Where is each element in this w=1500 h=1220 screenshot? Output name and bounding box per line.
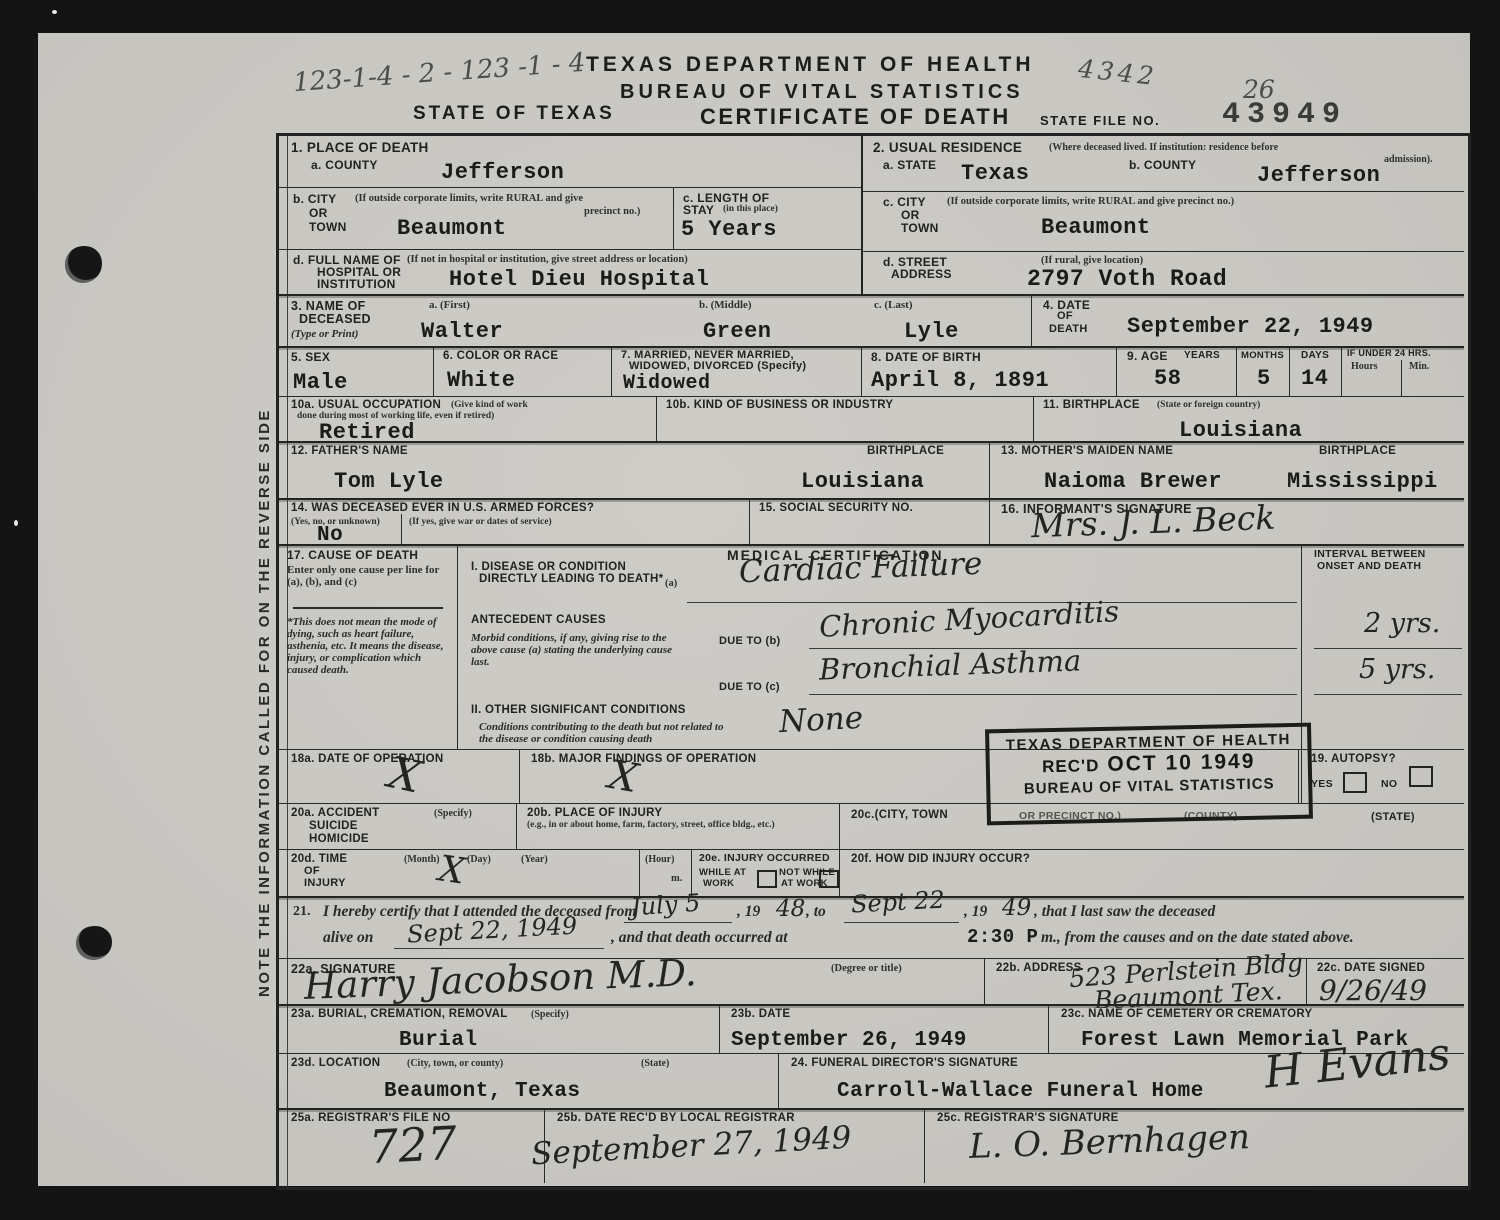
field-23a-label: 23a. BURIAL, CREMATION, REMOVAL (291, 1008, 508, 1020)
field-20d-label3: INJURY (304, 877, 346, 889)
field-17-note1: Enter only one cause per line for (a), (… (287, 564, 451, 588)
field-1d-note: (If not in hospital or institution, give… (407, 254, 688, 265)
registrar-signature: L. O. Bernhagen (968, 1117, 1250, 1167)
header-certificate-title: CERTIFICATE OF DEATH (700, 104, 1011, 130)
field-1a-value: Jefferson (441, 160, 564, 185)
registrar-date-received-value: September 27, 1949 (530, 1120, 852, 1173)
field-1b-label-town: TOWN (309, 220, 347, 234)
rule (861, 136, 863, 294)
field-2c-label-or: OR (901, 208, 920, 222)
field-3-first-label: a. (First) (429, 299, 470, 311)
med-antecedent-label: ANTECEDENT CAUSES (471, 614, 606, 626)
field-21-time-value: 2:30 P (967, 926, 1038, 948)
interval-label-1: INTERVAL BETWEEN (1314, 548, 1426, 560)
field-2a-value: Texas (961, 161, 1030, 186)
rule (839, 849, 840, 896)
rule (861, 251, 1464, 252)
field-13-value: Naioma Brewer (1044, 469, 1222, 494)
injury-while-at-work-checkbox[interactable] (757, 870, 777, 888)
med-ii-label: II. OTHER SIGNIFICANT CONDITIONS (471, 704, 686, 716)
field-21-part4: m., from the causes and on the date stat… (1041, 929, 1354, 947)
certificate-form: 1. PLACE OF DEATH a. COUNTY Jefferson b.… (276, 133, 1471, 1190)
field-9-years-value: 58 (1154, 366, 1181, 391)
field-20d-label: 20d. TIME (291, 853, 347, 865)
film-edge-right (1468, 0, 1500, 1220)
field-21-alive-label: alive on (323, 929, 373, 947)
field-1d-label3: INSTITUTION (317, 277, 396, 291)
field-2a-label: a. STATE (883, 158, 936, 172)
field-23d-label: 23d. LOCATION (291, 1057, 380, 1069)
field-20e-label: 20e. INJURY OCCURRED (699, 852, 830, 864)
rule (279, 498, 1464, 500)
field-1d-value: Hotel Dieu Hospital (449, 267, 709, 292)
rule (984, 958, 985, 1004)
field-1b-label-or: OR (309, 206, 328, 220)
field-22a-degree-note: (Degree or title) (831, 963, 902, 974)
rule (749, 498, 750, 544)
field-25b-label: 25b. DATE REC'D BY LOCAL REGISTRAR (557, 1112, 795, 1124)
rule (639, 849, 640, 896)
rule (719, 1004, 720, 1053)
stamp-recd: REC'D (1042, 756, 1100, 776)
field-23b-value: September 26, 1949 (731, 1029, 967, 1052)
med-i-label: I. DISEASE OR CONDITION (471, 561, 626, 573)
field-3-note: (Type or Print) (291, 328, 358, 340)
field-1b-value: Beaumont (397, 216, 507, 241)
field-20e-while-label2: WORK (703, 878, 734, 889)
field-9-days-value: 14 (1301, 366, 1328, 391)
field-11-note: (State or foreign country) (1157, 400, 1260, 410)
med-a-handwritten-value: Cardiac Failure (738, 546, 982, 590)
rule (279, 187, 861, 188)
field-13-birthplace-value: Mississippi (1287, 469, 1438, 494)
field-21-number: 21. (293, 904, 311, 920)
header-state-file-no-label: STATE FILE NO. (1040, 113, 1160, 128)
field-14-note2: (If yes, give war or dates of service) (409, 517, 579, 527)
field-20d-day-label: (Day) (467, 854, 491, 865)
rule (1314, 648, 1462, 649)
film-edge-bottom (0, 1186, 1500, 1220)
field-3-last-value: Lyle (904, 319, 959, 344)
film-edge-top (0, 0, 1500, 33)
field-2d-value: 2797 Voth Road (1027, 266, 1227, 292)
field-20b-note: (e.g., in or about home, farm, factory, … (527, 820, 817, 830)
rule (1048, 1004, 1049, 1053)
rule (433, 346, 434, 396)
field-19-yes-label: YES (1311, 778, 1333, 790)
field-21-part3: , and that death occurred at (611, 929, 788, 947)
rule (861, 191, 1464, 192)
film-edge-left (0, 0, 38, 1220)
med-morbid-note: Morbid conditions, if any, giving rise t… (471, 632, 676, 668)
received-stamp: TEXAS DEPARTMENT OF HEALTH REC'DOCT 10 1… (985, 723, 1313, 826)
field-20a-label2: SUICIDE (309, 820, 358, 832)
rule (279, 396, 1464, 397)
rule (1031, 294, 1032, 346)
field-20d-x-mark: X (436, 848, 467, 892)
rule (809, 694, 1297, 695)
header-state-of-texas: STATE OF TEXAS (413, 103, 615, 125)
field-9-months-value: 5 (1257, 366, 1271, 391)
field-3-middle-label: b. (Middle) (699, 299, 752, 311)
field-13-birthplace-label: BIRTHPLACE (1319, 445, 1396, 457)
film-speck (14, 520, 18, 526)
stamp-date: OCT 10 1949 (1107, 750, 1256, 776)
field-4-label3: DEATH (1049, 323, 1088, 335)
field-21-from-date: July 5 (630, 889, 701, 922)
rule (844, 922, 959, 923)
rule (778, 1053, 779, 1108)
rule (611, 346, 612, 396)
field-20c-label: 20c.(CITY, TOWN (851, 809, 948, 821)
rule (1236, 346, 1237, 396)
field-22c-label: 22c. DATE SIGNED (1317, 962, 1425, 974)
field-2c-note: (If outside corporate limits, write RURA… (947, 196, 1234, 207)
field-2d-note: (If rural, give location) (1041, 255, 1143, 266)
med-b-tag: DUE TO (b) (719, 635, 780, 647)
field-7-label2: WIDOWED, DIVORCED (Specify) (629, 360, 806, 372)
field-3-middle-value: Green (703, 319, 772, 344)
pencil-filing-code: 123-1-4 - 2 - 123 -1 - 4 (292, 48, 586, 98)
field-23d-state-note: (State) (641, 1058, 669, 1069)
rule (1116, 346, 1117, 396)
rule (394, 948, 604, 949)
field-21-19a: , 19 (737, 903, 760, 921)
field-21-from-year: 48 (776, 896, 805, 922)
field-15-label: 15. SOCIAL SECURITY NO. (759, 502, 913, 514)
field-20f-label: 20f. HOW DID INJURY OCCUR? (851, 853, 1030, 865)
field-9-label: 9. AGE (1127, 349, 1168, 363)
field-20a-label: 20a. ACCIDENT (291, 807, 379, 819)
med-ii-handwritten-value: None (778, 700, 864, 740)
field-18b-label: 18b. MAJOR FINDINGS OF OPERATION (531, 753, 756, 765)
field-2-note2: admission). (1384, 154, 1433, 165)
field-23b-label: 23b. DATE (731, 1008, 790, 1020)
field-4-value: September 22, 1949 (1127, 314, 1374, 339)
field-1c-value: 5 Years (681, 217, 777, 242)
rule (1401, 360, 1402, 396)
rule (279, 294, 1464, 296)
rule (673, 187, 674, 249)
header-bureau: BUREAU OF VITAL STATISTICS (620, 81, 1024, 104)
rule (924, 1108, 925, 1183)
rule (624, 922, 732, 923)
date-signed-value: 9/26/49 (1319, 974, 1427, 1007)
field-20d-hour-label: (Hour) (645, 854, 674, 865)
field-2d-label2: ADDRESS (891, 267, 952, 281)
rule (401, 514, 402, 544)
med-i-label2: DIRECTLY LEADING TO DEATH* (479, 573, 663, 585)
field-3-first-value: Walter (421, 319, 503, 344)
punch-hole-bottom (76, 926, 112, 960)
autopsy-yes-checkbox[interactable] (1343, 772, 1367, 793)
field-3-last-label: c. (Last) (874, 299, 913, 311)
field-8-label: 8. DATE OF BIRTH (871, 350, 981, 364)
field-1-title: 1. PLACE OF DEATH (291, 140, 429, 155)
field-19-no-label: NO (1381, 778, 1397, 790)
field-10a-label: 10a. USUAL OCCUPATION (291, 399, 441, 411)
rule (989, 441, 990, 498)
rule (1341, 346, 1342, 396)
field-20d-month-label: (Month) (404, 854, 440, 865)
rule (1306, 958, 1307, 1004)
punch-hole-top (65, 246, 102, 283)
field-1b-label: b. CITY (293, 192, 336, 206)
field-20b-label: 20b. PLACE OF INJURY (527, 807, 662, 819)
reverse-side-note: NOTE THE INFORMATION CALLED FOR ON THE R… (256, 329, 273, 997)
rule (279, 441, 1464, 443)
rule (293, 607, 443, 609)
rule (516, 803, 517, 849)
field-23a-note: (Specify) (531, 1009, 569, 1020)
med-c-interval-value: 5 yrs. (1359, 654, 1435, 685)
field-23a-value: Burial (399, 1029, 478, 1052)
field-20c-state-label: (STATE) (1371, 811, 1415, 823)
field-19-label: 19. AUTOPSY? (1311, 753, 1396, 765)
field-11-value: Louisiana (1179, 418, 1302, 443)
field-1a-label: a. COUNTY (311, 158, 378, 172)
med-c-handwritten-value: Bronchial Asthma (818, 643, 1081, 686)
field-20d-label2: OF (304, 865, 320, 877)
field-17-label: 17. CAUSE OF DEATH (287, 548, 418, 562)
field-7-value: Widowed (623, 372, 711, 395)
field-14-label: 14. WAS DECEASED EVER IN U.S. ARMED FORC… (291, 502, 594, 514)
rule (861, 346, 862, 396)
field-24-label: 24. FUNERAL DIRECTOR'S SIGNATURE (791, 1057, 1018, 1069)
field-12-value: Tom Lyle (334, 469, 444, 494)
field-2b-label: b. COUNTY (1129, 158, 1196, 172)
field-10a-note: (Give kind of work (451, 400, 528, 410)
field-20d-m-label: m. (671, 873, 682, 884)
rule (279, 1004, 1464, 1006)
field-1b-note: (If outside corporate limits, write RURA… (355, 193, 583, 204)
field-3-title: 3. NAME OF (291, 299, 366, 313)
field-6-value: White (447, 368, 516, 393)
field-20a-label3: HOMICIDE (309, 833, 369, 845)
field-9-months-label: MONTHS (1241, 350, 1284, 361)
field-8-value: April 8, 1891 (871, 368, 1049, 393)
field-2-title: 2. USUAL RESIDENCE (873, 140, 1022, 155)
rule (839, 803, 840, 849)
field-11-label: 11. BIRTHPLACE (1043, 399, 1140, 411)
field-9-years-label: YEARS (1184, 350, 1220, 361)
registrar-file-no-value: 727 (368, 1116, 459, 1175)
injury-not-while-at-work-checkbox[interactable] (819, 870, 839, 888)
field-21-to-date: Sept 22 (850, 886, 945, 919)
rule (279, 249, 861, 250)
rule (1289, 346, 1290, 396)
physician-signature: Harry Jacobson M.D. (303, 951, 697, 1008)
field-10b-label: 10b. KIND OF BUSINESS OR INDUSTRY (666, 399, 893, 411)
med-c-tag: DUE TO (c) (719, 681, 780, 693)
field-20a-note: (Specify) (434, 808, 472, 819)
med-ii-note: Conditions contributing to the death but… (479, 721, 729, 745)
field-21-to-word: , to (806, 903, 826, 921)
state-file-number: 43949 (1222, 98, 1347, 132)
field-20d-year-label: (Year) (521, 854, 548, 865)
field-9-days-label: DAYS (1301, 350, 1329, 361)
field-20e-while-label: WHILE AT (699, 867, 746, 878)
field-1c-note: (in this place) (723, 204, 778, 214)
autopsy-no-checkbox[interactable] (1409, 766, 1433, 787)
field-23d-value: Beaumont, Texas (384, 1080, 581, 1103)
field-2b-value: Jefferson (1257, 163, 1380, 188)
field-23c-label: 23c. NAME OF CEMETERY OR CREMATORY (1061, 1008, 1313, 1020)
field-16-informant-signature: Mrs. J. L. Beck (1030, 498, 1275, 546)
rule (279, 1108, 1464, 1110)
field-17-note2: *This does not mean the mode of dying, s… (287, 616, 453, 676)
rule (1314, 694, 1462, 695)
rule (989, 498, 990, 544)
pencil-number-4342: 4342 (1077, 54, 1159, 91)
rule (656, 396, 657, 441)
rule (457, 544, 458, 749)
field-2-note: (Where deceased lived. If institution: r… (1049, 142, 1278, 153)
med-a-tag: (a) (665, 578, 677, 589)
field-21-part2: , that I last saw the deceased (1034, 903, 1215, 921)
field-6-label: 6. COLOR OR RACE (443, 350, 558, 362)
field-5-label: 5. SEX (291, 350, 330, 364)
field-5-value: Male (293, 370, 348, 395)
field-13-label: 13. MOTHER'S MAIDEN NAME (1001, 445, 1173, 457)
rule (1033, 396, 1034, 441)
header-department: TEXAS DEPARTMENT OF HEALTH (586, 53, 1035, 77)
field-1c-label2: STAY (683, 203, 714, 217)
interval-label-2: ONSET AND DEATH (1317, 560, 1421, 572)
field-2c-label-town: TOWN (901, 221, 939, 235)
field-9-min-label: Min. (1409, 361, 1429, 372)
field-12-birthplace-label: BIRTHPLACE (867, 445, 944, 457)
field-2c-value: Beaumont (1041, 215, 1151, 240)
med-b-interval-value: 2 yrs. (1364, 608, 1440, 639)
scanned-death-certificate: 123-1-4 - 2 - 123 -1 - 4 TEXAS DEPARTMEN… (0, 0, 1500, 1220)
film-speck (52, 10, 57, 14)
rule (279, 346, 1464, 348)
field-9-hours-label: Hours (1351, 361, 1378, 372)
field-3-title2: DECEASED (299, 312, 371, 326)
field-23d-note: (City, town, or county) (407, 1058, 503, 1069)
field-2c-label: c. CITY (883, 195, 926, 209)
rule (519, 749, 520, 803)
field-4-label2: OF (1057, 310, 1073, 322)
field-21-to-year: 49 (1002, 895, 1031, 921)
field-9-under24-label: IF UNDER 24 HRS. (1347, 348, 1431, 358)
field-12-birthplace-value: Louisiana (801, 469, 924, 494)
field-24-value: Carroll-Wallace Funeral Home (837, 1080, 1204, 1103)
field-21-19b: , 19 (964, 903, 987, 921)
field-1b-note2: precinct no.) (584, 206, 640, 217)
field-12-label: 12. FATHER'S NAME (291, 445, 408, 457)
